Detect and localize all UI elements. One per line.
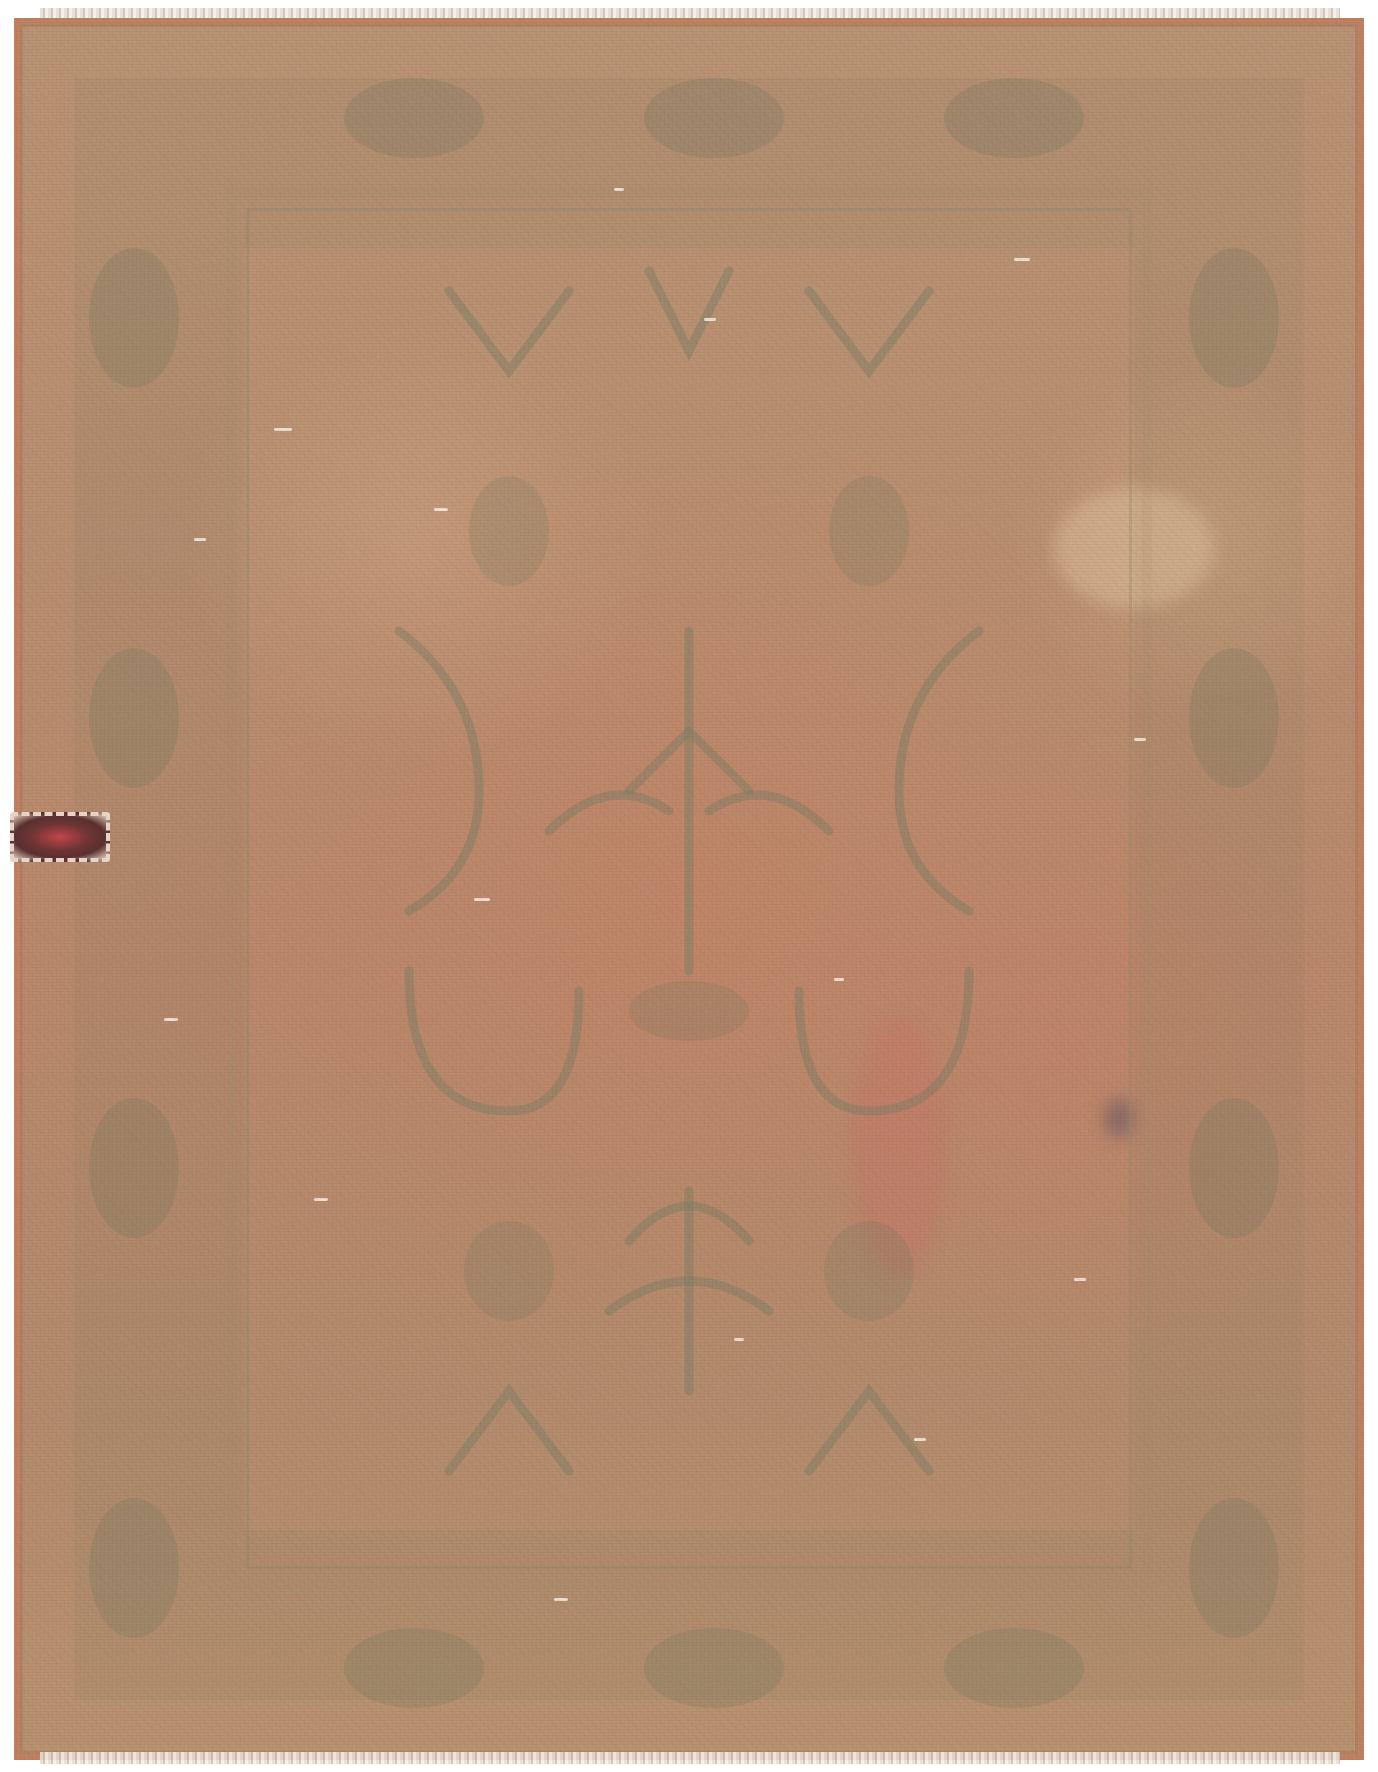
photo-canvas bbox=[0, 0, 1378, 1772]
border-vine-motif bbox=[14, 18, 1364, 1760]
repair-patch bbox=[10, 812, 110, 862]
bottom-fringe bbox=[40, 1752, 1340, 1764]
rug bbox=[14, 18, 1364, 1760]
